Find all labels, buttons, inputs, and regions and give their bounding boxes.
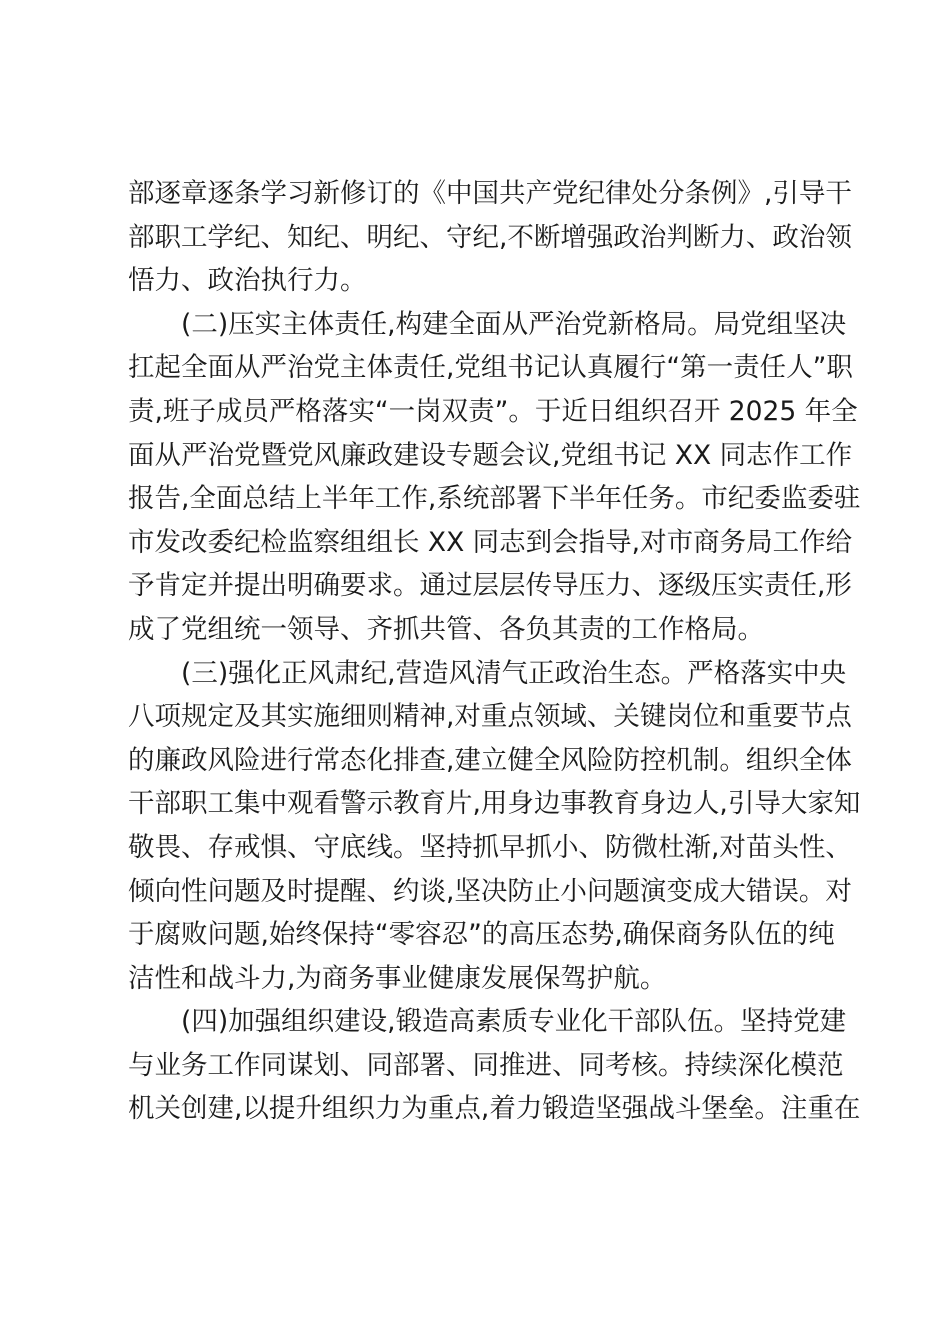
text-line: 敬畏、存戒惧、守底线。坚持抓早抓小、防微杜渐,对苗头性、 — [128, 826, 834, 870]
paragraph-section-3: (三)强化正风肃纪,营造风清气正政治生态。严格落实中央 八项规定及其实施细则精神… — [128, 652, 834, 1001]
text-line: 扛起全面从严治党主体责任,党组书记认真履行“第一责任人”职 — [128, 346, 834, 390]
text-line: 干部职工集中观看警示教育片,用身边事教育身边人,引导大家知 — [128, 782, 834, 826]
text-line: 成了党组统一领导、齐抓共管、各负其责的工作格局。 — [128, 608, 834, 652]
text-line: 报告,全面总结上半年工作,系统部署下半年任务。市纪委监委驻 — [128, 477, 834, 521]
text-line: 责,班子成员严格落实“一岗双责”。于近日组织召开 2025 年全 — [128, 390, 834, 434]
text-line: 倾向性问题及时提醒、约谈,坚决防止小问题演变成大错误。对 — [128, 870, 834, 914]
document-page: 部逐章逐条学习新修订的《中国共产党纪律处分条例》,引导干 部职工学纪、知纪、明纪… — [128, 172, 834, 1131]
paragraph-continuation: 部逐章逐条学习新修订的《中国共产党纪律处分条例》,引导干 部职工学纪、知纪、明纪… — [128, 172, 834, 303]
text-line: 予肯定并提出明确要求。通过层层传导压力、逐级压实责任,形 — [128, 564, 834, 608]
text-line: 面从严治党暨党风廉政建设专题会议,党组书记 XX 同志作工作 — [128, 434, 834, 478]
text-line: 部逐章逐条学习新修订的《中国共产党纪律处分条例》,引导干 — [128, 172, 834, 216]
text-line: 机关创建,以提升组织力为重点,着力锻造坚强战斗堡垒。注重在 — [128, 1087, 834, 1131]
section-heading-line: (二)压实主体责任,构建全面从严治党新格局。局党组坚决 — [128, 303, 834, 347]
text-line: 的廉政风险进行常态化排查,建立健全风险防控机制。组织全体 — [128, 739, 834, 783]
text-line: 部职工学纪、知纪、明纪、守纪,不断增强政治判断力、政治领 — [128, 216, 834, 260]
text-line: 洁性和战斗力,为商务事业健康发展保驾护航。 — [128, 957, 834, 1001]
text-line: 与业务工作同谋划、同部署、同推进、同考核。持续深化模范 — [128, 1044, 834, 1088]
text-line: 八项规定及其实施细则精神,对重点领域、关键岗位和重要节点 — [128, 695, 834, 739]
text-line: 于腐败问题,始终保持“零容忍”的高压态势,确保商务队伍的纯 — [128, 913, 834, 957]
paragraph-section-2: (二)压实主体责任,构建全面从严治党新格局。局党组坚决 扛起全面从严治党主体责任… — [128, 303, 834, 652]
section-heading-line: (四)加强组织建设,锻造高素质专业化干部队伍。坚持党建 — [128, 1000, 834, 1044]
paragraph-section-4: (四)加强组织建设,锻造高素质专业化干部队伍。坚持党建 与业务工作同谋划、同部署… — [128, 1000, 834, 1131]
text-line: 悟力、政治执行力。 — [128, 259, 834, 303]
section-heading-line: (三)强化正风肃纪,营造风清气正政治生态。严格落实中央 — [128, 652, 834, 696]
text-line: 市发改委纪检监察组组长 XX 同志到会指导,对市商务局工作给 — [128, 521, 834, 565]
